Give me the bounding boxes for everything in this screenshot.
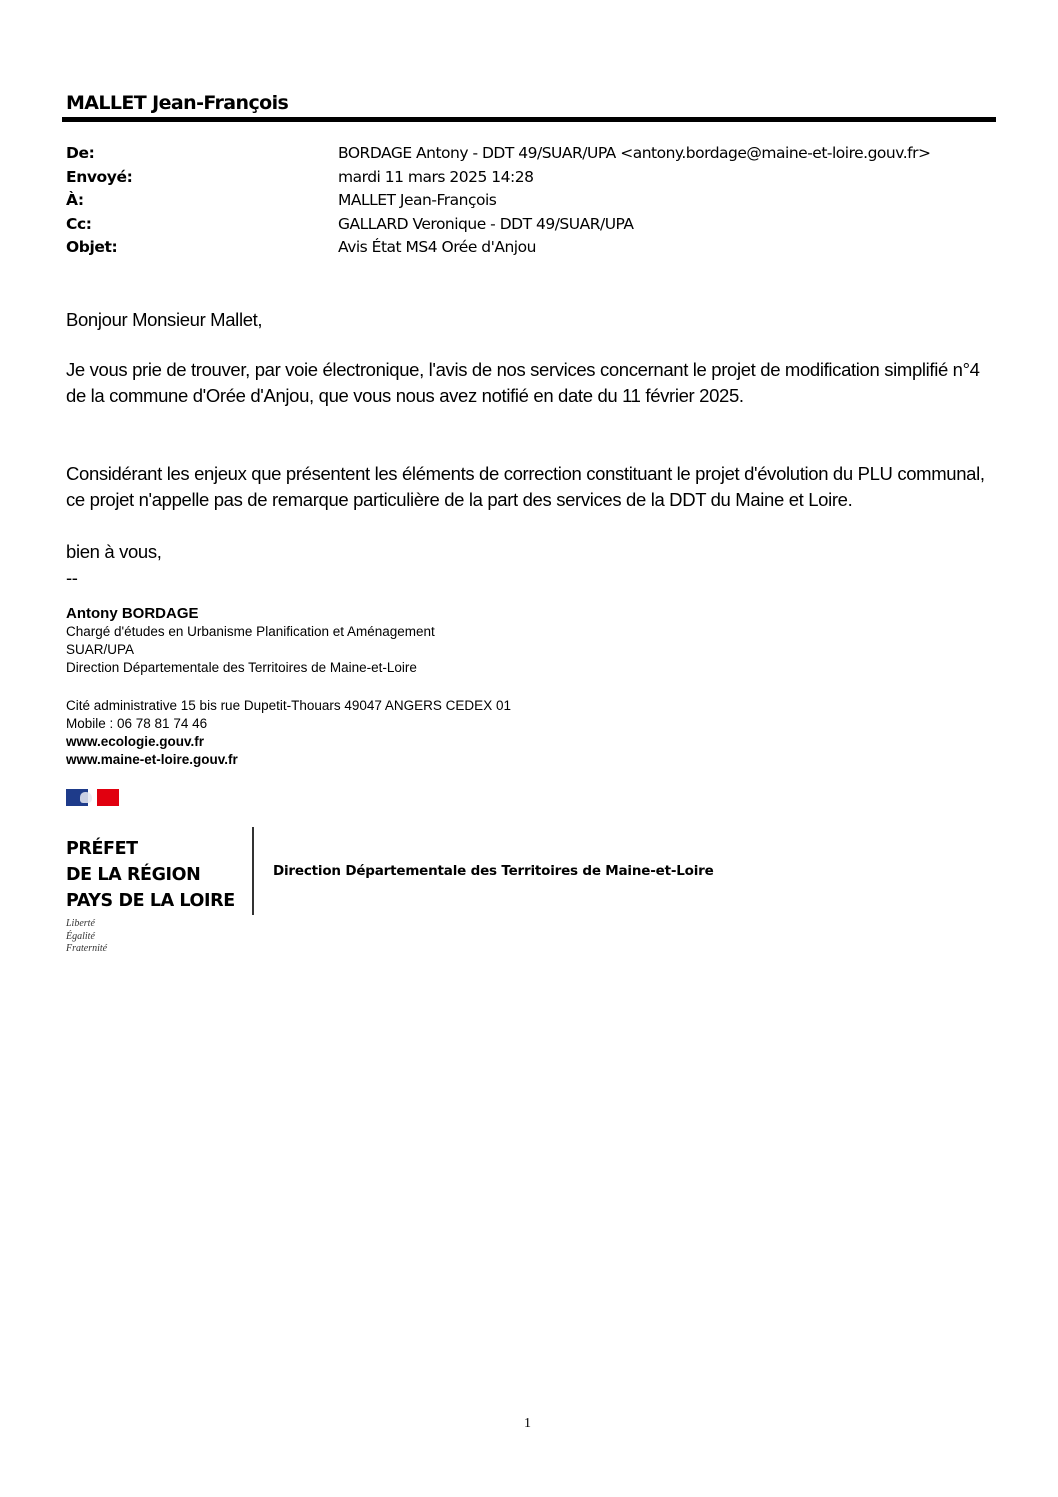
header-value: BORDAGE Antony - DDT 49/SUAR/UPA <antony… [338, 144, 930, 162]
document-title: MALLET Jean-François [66, 92, 288, 114]
header-row-sent: Envoyé: mardi 11 mars 2025 14:28 [66, 168, 996, 192]
signature-unit: SUAR/UPA [66, 641, 511, 659]
prefet-block: PRÉFET DE LA RÉGION PAYS DE LA LOIRE [66, 836, 235, 914]
signature-block: Antony BORDAGE Chargé d'études en Urbani… [66, 605, 511, 769]
paragraph-1: Je vous prie de trouver, par voie électr… [66, 357, 996, 409]
header-value: MALLET Jean-François [338, 191, 496, 209]
signature-address: Cité administrative 15 bis rue Dupetit-T… [66, 697, 511, 715]
signature-direction: Direction Départementale des Territoires… [66, 659, 511, 677]
prefet-line: DE LA RÉGION [66, 862, 235, 888]
header-row-cc: Cc: GALLARD Veronique - DDT 49/SUAR/UPA [66, 215, 996, 239]
page-number: 1 [524, 1416, 531, 1432]
header-label: Objet: [66, 238, 117, 256]
devise-line: Fraternité [66, 943, 107, 956]
closing: bien à vous, [66, 539, 996, 565]
service-name: Direction Départementale des Territoires… [273, 863, 714, 879]
prefet-line: PRÉFET [66, 836, 235, 862]
spacer [66, 677, 511, 697]
signature-mobile: Mobile : 06 78 81 74 46 [66, 715, 511, 733]
prefet-line: PAYS DE LA LOIRE [66, 888, 235, 914]
devise-line: Égalité [66, 931, 107, 944]
signature-role: Chargé d'études en Urbanisme Planificati… [66, 623, 511, 641]
signature-separator: -- [66, 565, 996, 591]
header-value: mardi 11 mars 2025 14:28 [338, 168, 533, 186]
marianne-flag-icon [66, 789, 119, 806]
header-label: Envoyé: [66, 168, 132, 186]
header-label: À: [66, 191, 84, 209]
header-row-subject: Objet: Avis État MS4 Orée d'Anjou [66, 238, 996, 262]
email-header: De: BORDAGE Antony - DDT 49/SUAR/UPA <an… [66, 144, 996, 262]
signature-name: Antony BORDAGE [66, 605, 511, 623]
title-rule [62, 117, 996, 122]
devise: Liberté Égalité Fraternité [66, 918, 107, 956]
header-label: De: [66, 144, 94, 162]
header-value: Avis État MS4 Orée d'Anjou [338, 238, 536, 256]
header-row-from: De: BORDAGE Antony - DDT 49/SUAR/UPA <an… [66, 144, 996, 168]
header-value: GALLARD Veronique - DDT 49/SUAR/UPA [338, 215, 634, 233]
website-link-maine-et-loire[interactable]: www.maine-et-loire.gouv.fr [66, 751, 511, 769]
devise-line: Liberté [66, 918, 107, 931]
paragraph-2: Considérant les enjeux que présentent le… [66, 461, 996, 513]
greeting: Bonjour Monsieur Mallet, [66, 307, 996, 333]
header-label: Cc: [66, 215, 92, 233]
logo-divider [252, 827, 254, 915]
marianne-profile-icon [80, 792, 92, 803]
website-link-ecologie[interactable]: www.ecologie.gouv.fr [66, 733, 511, 751]
document-page: MALLET Jean-François De: BORDAGE Antony … [0, 0, 1058, 1497]
header-row-to: À: MALLET Jean-François [66, 191, 996, 215]
